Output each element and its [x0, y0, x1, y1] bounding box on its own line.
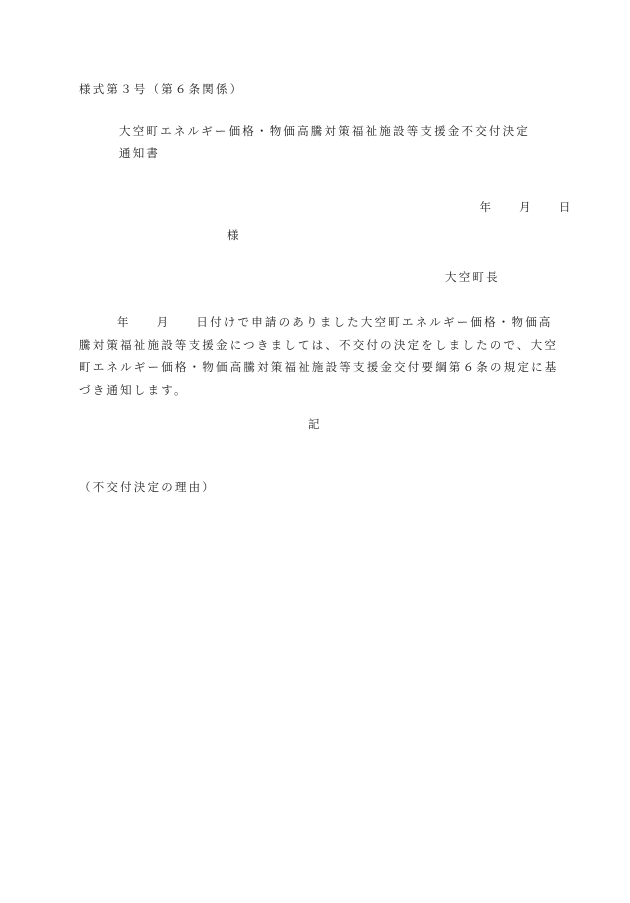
body-paragraph: 年月日付けで申請のありました大空町エネルギー価格・物価高 騰対策福祉施設等支援金… [79, 311, 554, 401]
date-month: 月 [519, 200, 533, 214]
document-title-line-1: 大空町エネルギー価格・物価高騰対策福祉施設等支援金不交付決定 [119, 124, 530, 138]
body-year: 年 [117, 315, 131, 329]
body-line-1: 年月日付けで申請のありました大空町エネルギー価格・物価高 [79, 311, 554, 334]
body-line-3: 町エネルギー価格・物価高騰対策福祉施設等支援金交付要綱第６条の規定に基 [79, 356, 554, 379]
issuer-name: 大空町長 [445, 270, 500, 284]
reason-heading: （不交付決定の理由） [79, 480, 216, 494]
body-line-2: 騰対策福祉施設等支援金につきましては、不交付の決定をしましたので、大空 [79, 334, 554, 357]
date-year: 年 [479, 200, 493, 214]
date-line: 年月日 [456, 186, 573, 228]
addressee-suffix: 様 [227, 228, 241, 242]
body-line-4: づき通知します。 [79, 379, 554, 402]
ki-heading: 記 [308, 417, 322, 431]
document-title-line-2: 通知書 [119, 146, 160, 160]
body-line-1-text: 日付けで申請のありました大空町エネルギー価格・物価高 [196, 315, 552, 329]
form-label: 様式第３号（第６条関係） [79, 82, 243, 96]
body-month: 月 [157, 315, 171, 329]
date-day: 日 [559, 200, 573, 214]
document-page: 様式第３号（第６条関係） 大空町エネルギー価格・物価高騰対策福祉施設等支援金不交… [0, 0, 630, 903]
